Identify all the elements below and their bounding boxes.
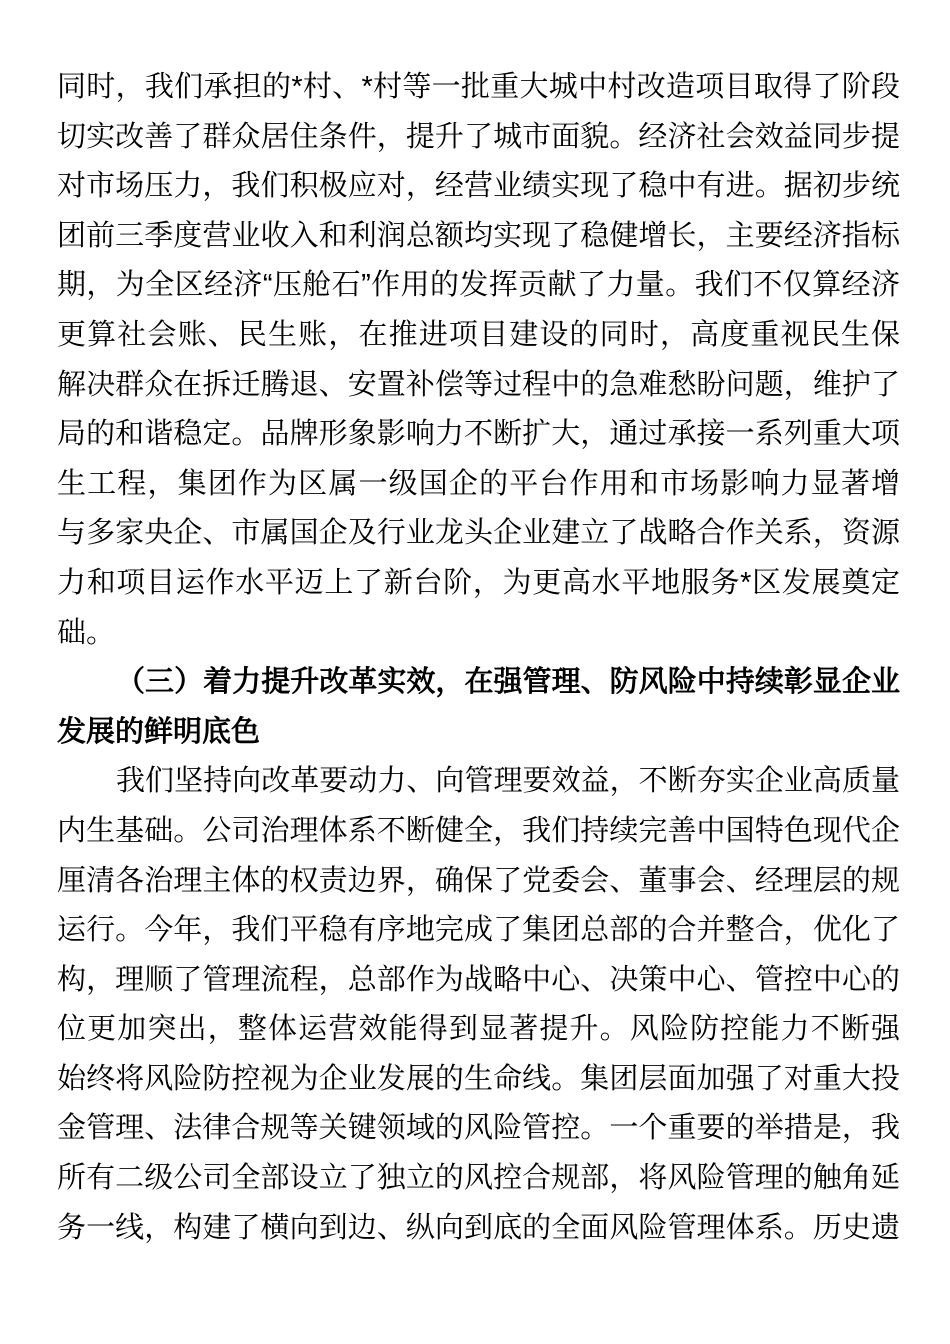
body-text-line: 位更加突出，整体运营效能得到显著提升。风险防控能力不断强化，我们: [57, 1005, 900, 1055]
body-text-line: 我们坚持向改革要动力、向管理要效益，不断夯实企业高质量发展的: [57, 757, 900, 807]
body-text-line: 切实改善了群众居住条件，提升了城市面貌。经济社会效益同步提升，面: [57, 113, 900, 163]
body-text-line: 始终将风险防控视为企业发展的生命线。集团层面加强了对重大投资、资: [57, 1055, 900, 1105]
body-text-line: 解决群众在拆迁腾退、安置补偿等过程中的急难愁盼问题，维护了社会大: [57, 361, 900, 411]
body-text-line: 构，理顺了管理流程，总部作为战略中心、决策中心、管控中心的功能定: [57, 956, 900, 1006]
body-text-line: 对市场压力，我们积极应对，经营业绩实现了稳中有进。据初步统计，集: [57, 162, 900, 212]
body-text-line: 运行。今年，我们平稳有序地完成了集团总部的合并整合，优化了组织架: [57, 906, 900, 956]
body-text-line: 力和项目运作水平迈上了新台阶，为更高水平地服务*区发展奠定了坚实基: [57, 559, 900, 609]
body-text-line: 厘清各治理主体的权责边界，确保了党委会、董事会、经理层的规范高效: [57, 857, 900, 907]
body-text-line: 内生基础。公司治理体系不断健全，我们持续完善中国特色现代企业制度，: [57, 807, 900, 857]
body-text-line: 期，为全区经济“压舱石”作用的发挥贡献了力量。我们不仅算经济账，: [57, 261, 900, 311]
body-text-line: 所有二级公司全部设立了独立的风控合规部，将风险管理的触角延伸到业: [57, 1154, 900, 1204]
body-text-line: 础。: [57, 609, 900, 659]
body-text-line: 金管理、法律合规等关键领域的风险管控。一个重要的举措是，我们推动: [57, 1104, 900, 1154]
document-text: 同时，我们承担的*村、*村等一批重大城中村改造项目取得了阶段性突破，切实改善了群…: [57, 63, 900, 1253]
body-text-line: 更算社会账、民生账，在推进项目建设的同时，高度重视民生保障，妥善: [57, 311, 900, 361]
body-text-line: 生工程，集团作为区属一级国企的平台作用和市场影响力显著增强。我们: [57, 460, 900, 510]
section-heading-line: （三）着力提升改革实效，在强管理、防风险中持续彰显企业高质量: [57, 658, 900, 708]
body-text-line: 与多家央企、市属国企及行业龙头企业建立了战略合作关系，资源整合能: [57, 509, 900, 559]
body-text-line: 局的和谐稳定。品牌形象影响力不断扩大，通过承接一系列重大项目和民: [57, 410, 900, 460]
body-text-line: 同时，我们承担的*村、*村等一批重大城中村改造项目取得了阶段性突破，: [57, 63, 900, 113]
document-page: 同时，我们承担的*村、*村等一批重大城中村改造项目取得了阶段性突破，切实改善了群…: [0, 0, 950, 1344]
body-text-line: 务一线，构建了横向到边、纵向到底的全面风险管理体系。历史遗留问题: [57, 1204, 900, 1254]
section-heading-line: 发展的鲜明底色: [57, 708, 900, 758]
body-text-line: 团前三季度营业收入和利润总额均实现了稳健增长，主要经济指标好于预: [57, 212, 900, 262]
